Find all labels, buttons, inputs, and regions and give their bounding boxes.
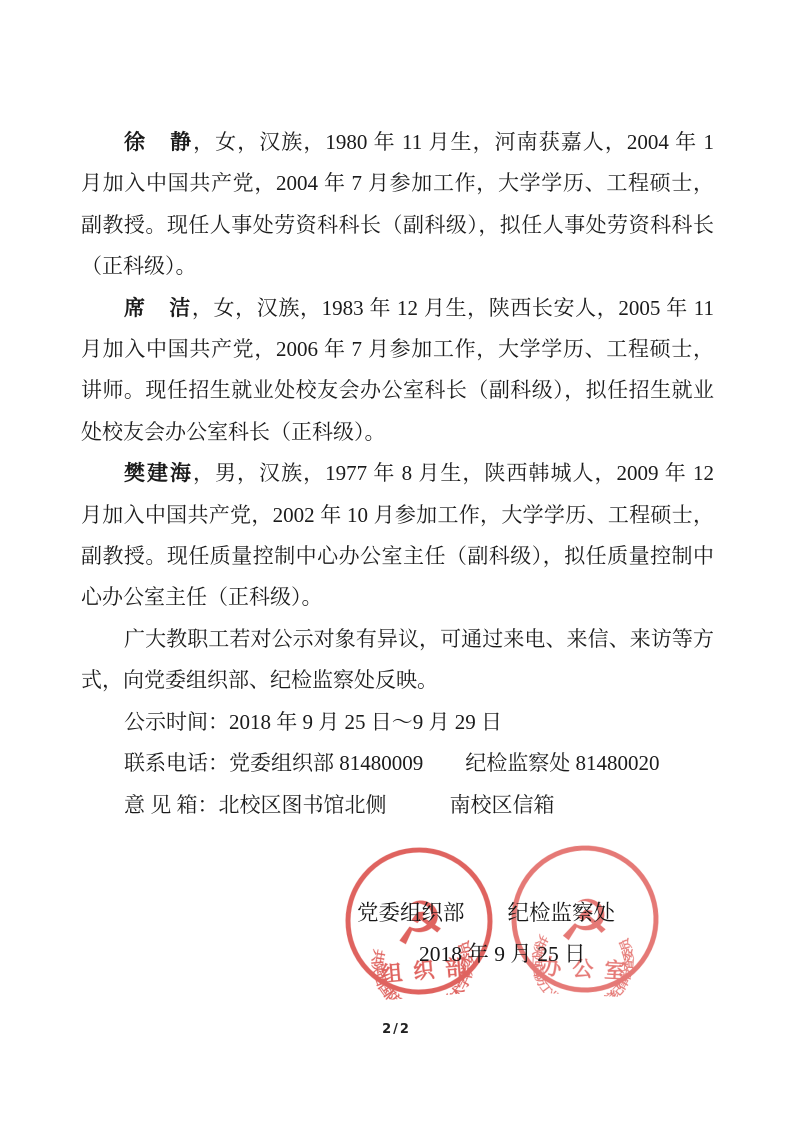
bio-paragraph: 徐 静，女，汉族，1980 年 11 月生，河南获嘉人，2004 年 1 月加入… (81, 122, 714, 288)
mailbox-line: 意 见 箱：北校区图书馆北侧 南校区信箱 (81, 785, 714, 826)
bio-paragraph: 席 洁，女，汉族，1983 年 12 月生，陕西长安人，2005 年 11 月加… (81, 288, 714, 454)
objection-notice: 广大教职工若对公示对象有异议，可通过来电、来信、来访等方式，向党委组织部、纪检监… (81, 619, 714, 702)
contact-phones-line: 联系电话：党委组织部 81480009 纪检监察处 81480020 (81, 743, 714, 784)
person-name: 樊建海 (124, 461, 193, 485)
page-number: 2/2 (0, 1022, 793, 1037)
signature-departments: 党委组织部 纪检监察处 (357, 896, 615, 927)
document-page: 徐 静，女，汉族，1980 年 11 月生，河南获嘉人，2004 年 1 月加入… (0, 0, 793, 1122)
document-body: 徐 静，女，汉族，1980 年 11 月生，河南获嘉人，2004 年 1 月加入… (81, 122, 714, 826)
bio-paragraph: 樊建海，男，汉族，1977 年 8 月生，陕西韩城人，2009 年 12 月加入… (81, 453, 714, 619)
publicity-period-line: 公示时间：2018 年 9 月 25 日～9 月 29 日 (81, 702, 714, 743)
person-name: 徐 静 (124, 130, 193, 154)
person-name: 席 洁 (124, 296, 192, 320)
signature-date: 2018 年 9 月 25 日 (419, 937, 586, 968)
